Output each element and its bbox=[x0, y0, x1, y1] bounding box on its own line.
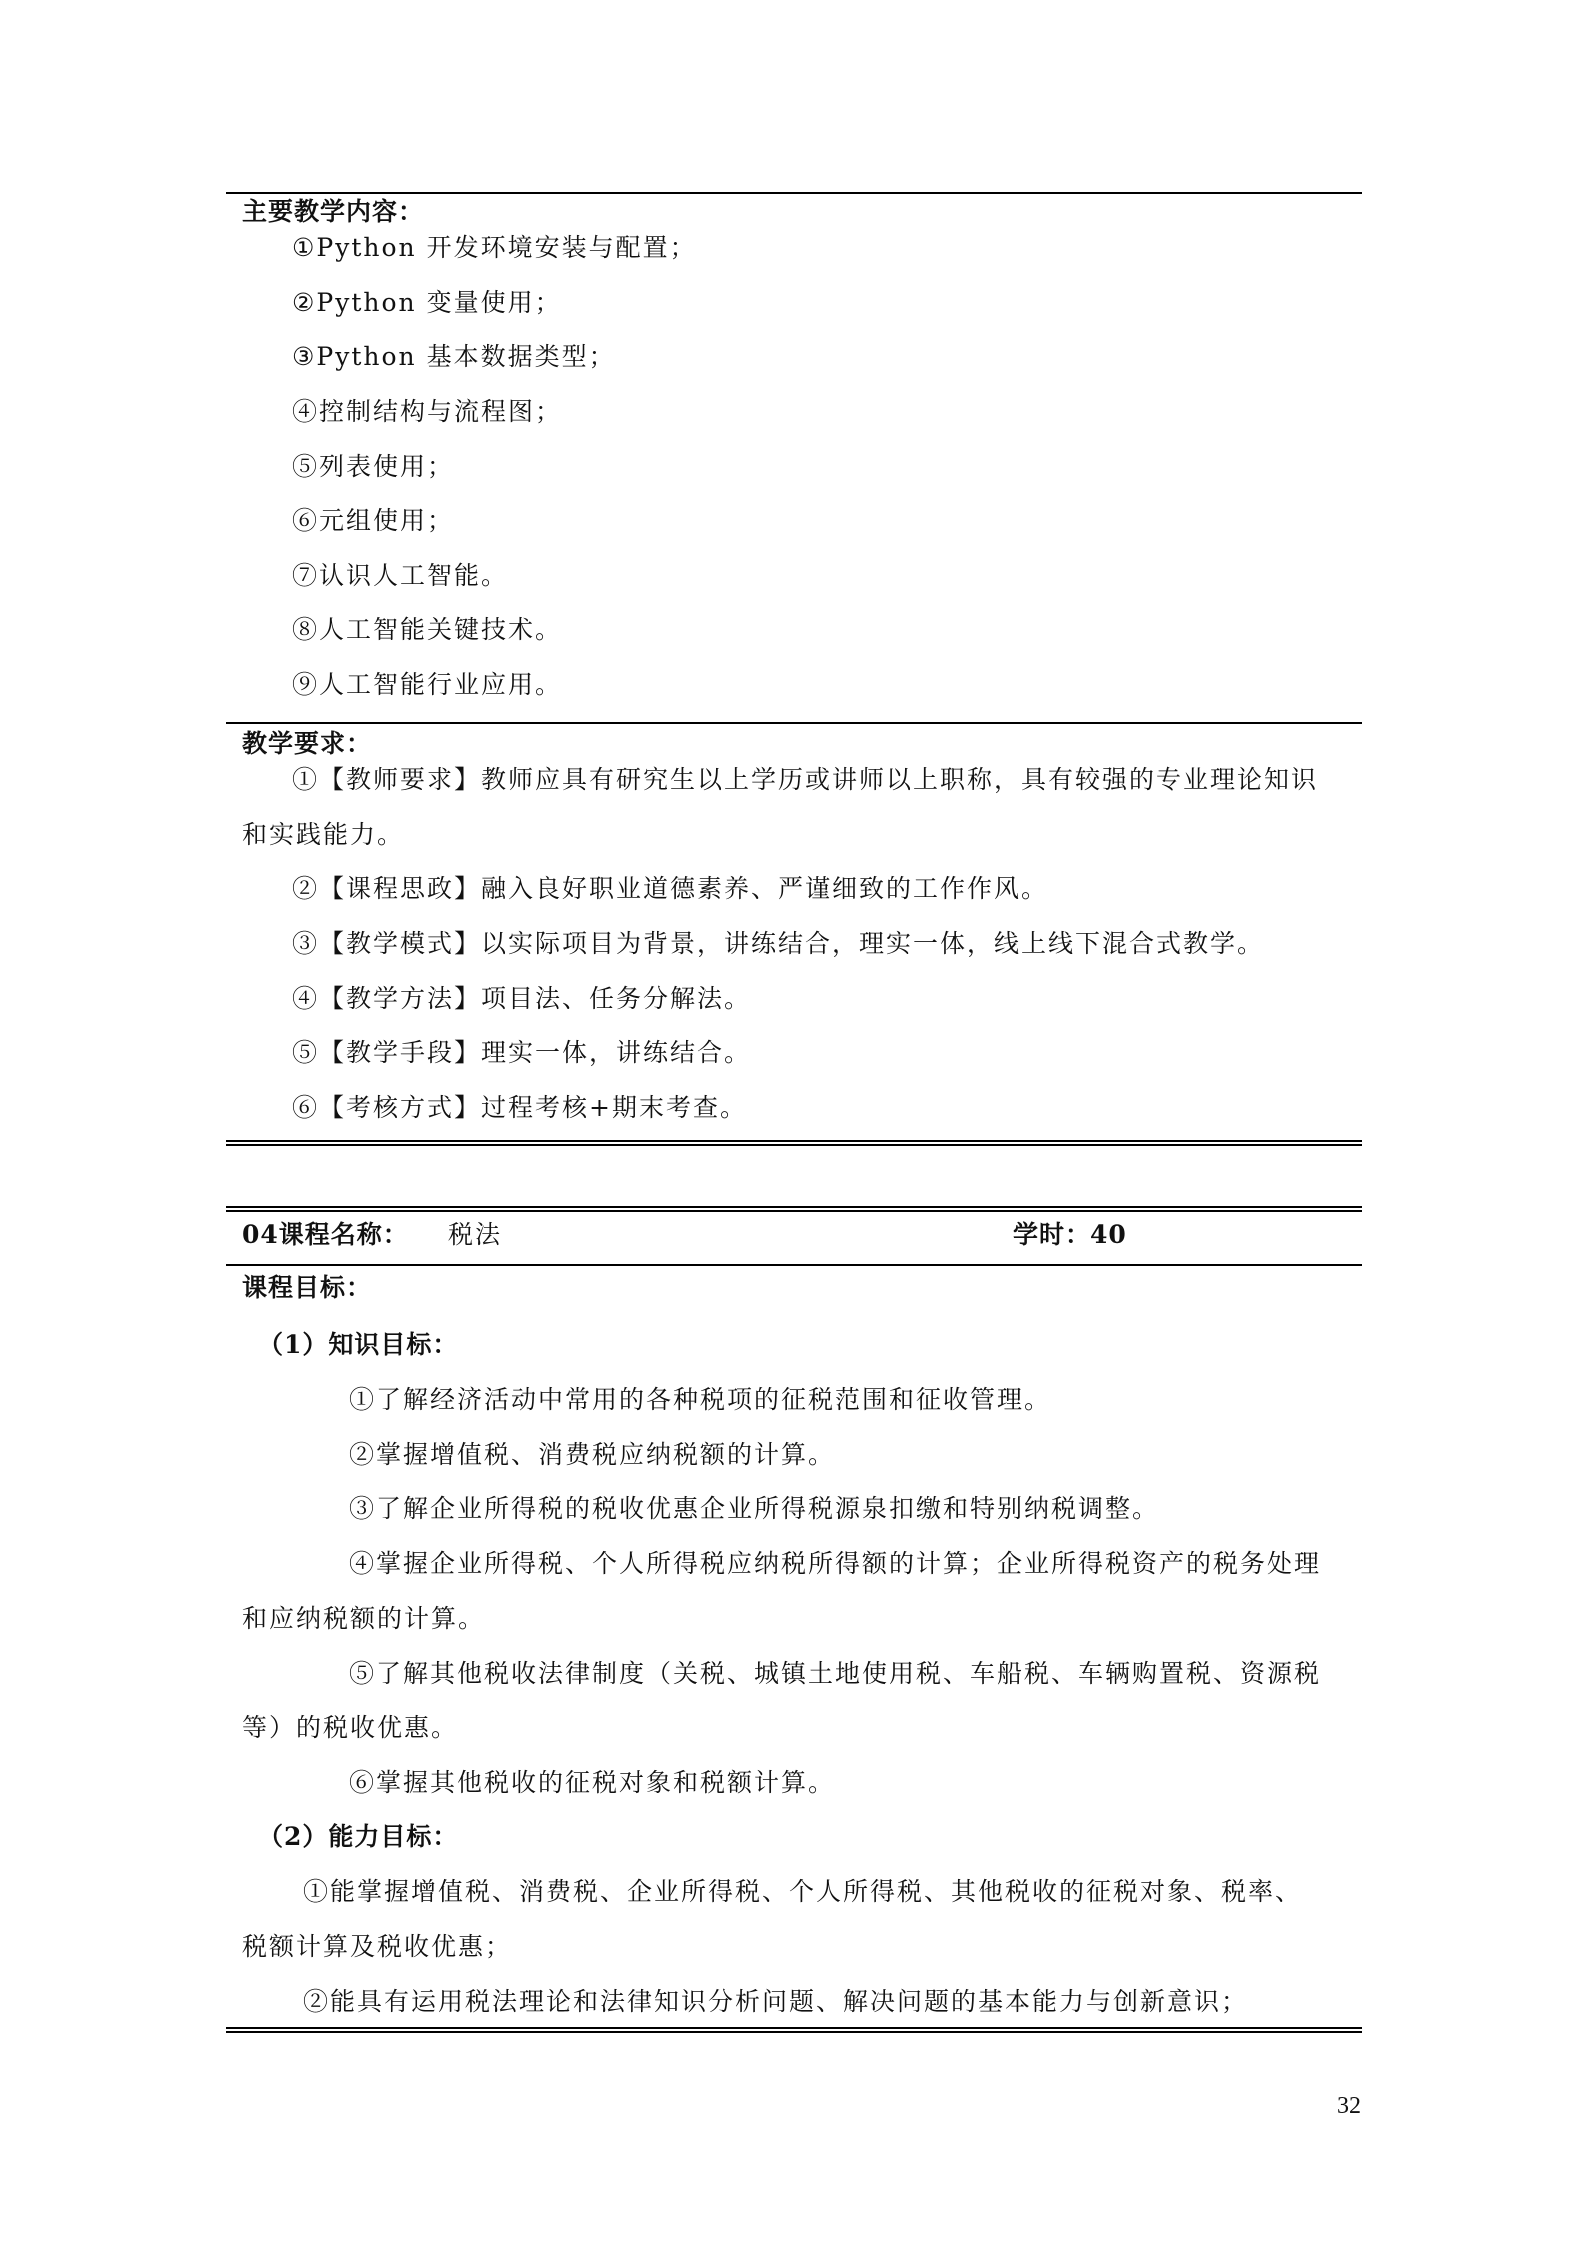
ability-goal-item: ②能具有运用税法理论和法律知识分析问题、解决问题的基本能力与创新意识； bbox=[303, 1987, 1248, 2017]
requirement-item: ⑤【教学手段】理实一体，讲练结合。 bbox=[292, 1038, 751, 1068]
content-item: ①Python 开发环境安装与配置； bbox=[292, 233, 697, 263]
table-rule bbox=[226, 722, 1362, 724]
table-top-rule bbox=[226, 1206, 1362, 1212]
knowledge-goal-item: ②掌握增值税、消费税应纳税额的计算。 bbox=[349, 1440, 835, 1470]
ability-goals-heading: （2）能力目标： bbox=[258, 1822, 458, 1852]
content-item: ⑥元组使用； bbox=[292, 506, 454, 536]
knowledge-goals-heading: （1）知识目标： bbox=[258, 1330, 458, 1360]
course-hours-label: 学时： bbox=[1013, 1220, 1091, 1250]
content-item: ⑧人工智能关键技术。 bbox=[292, 615, 562, 645]
content-item: ②Python 变量使用； bbox=[292, 288, 562, 318]
course-name-label: 04课程名称： bbox=[242, 1220, 409, 1250]
knowledge-goal-item: ①了解经济活动中常用的各种税项的征税范围和征收管理。 bbox=[349, 1385, 1051, 1415]
table-rule bbox=[226, 192, 1362, 194]
requirement-item: ④【教学方法】项目法、任务分解法。 bbox=[292, 984, 751, 1014]
content-item: ④控制结构与流程图； bbox=[292, 397, 562, 427]
goals-heading: 课程目标： bbox=[242, 1273, 372, 1303]
content-item: ⑤列表使用； bbox=[292, 452, 454, 482]
requirement-item: ②【课程思政】融入良好职业道德素养、严谨细致的工作作风。 bbox=[292, 874, 1048, 904]
content-heading: 主要教学内容： bbox=[242, 197, 424, 227]
ability-goal-item-continued: 税额计算及税收优惠； bbox=[242, 1932, 512, 1962]
document-page: 主要教学内容： ①Python 开发环境安装与配置； ②Python 变量使用；… bbox=[0, 0, 1587, 2245]
requirement-item: ⑥【考核方式】过程考核+期末考查。 bbox=[292, 1093, 747, 1123]
course-name-value: 税法 bbox=[448, 1220, 502, 1250]
table-rule bbox=[226, 1264, 1362, 1266]
table-bottom-rule bbox=[226, 2027, 1362, 2033]
content-item: ⑨人工智能行业应用。 bbox=[292, 670, 562, 700]
requirement-item-continued: 和实践能力。 bbox=[242, 820, 404, 850]
knowledge-goal-item: ③了解企业所得税的税收优惠企业所得税源泉扣缴和特别纳税调整。 bbox=[349, 1494, 1159, 1524]
course-hours-value: 40 bbox=[1090, 1220, 1127, 1250]
knowledge-goal-item-continued: 等）的税收优惠。 bbox=[242, 1713, 458, 1743]
page-number: 32 bbox=[1337, 2093, 1361, 2120]
requirement-item: ③【教学模式】以实际项目为背景，讲练结合，理实一体，线上线下混合式教学。 bbox=[292, 929, 1264, 959]
table-bottom-rule bbox=[226, 1140, 1362, 1146]
knowledge-goal-item: ⑤了解其他税收法律制度（关税、城镇土地使用税、车船税、车辆购置税、资源税 bbox=[349, 1659, 1321, 1689]
knowledge-goal-item: ④掌握企业所得税、个人所得税应纳税所得额的计算；企业所得税资产的税务处理 bbox=[349, 1549, 1321, 1579]
knowledge-goal-item: ⑥掌握其他税收的征税对象和税额计算。 bbox=[349, 1768, 835, 1798]
ability-goal-item: ①能掌握增值税、消费税、企业所得税、个人所得税、其他税收的征税对象、税率、 bbox=[303, 1877, 1302, 1907]
requirement-item: ①【教师要求】教师应具有研究生以上学历或讲师以上职称，具有较强的专业理论知识 bbox=[292, 765, 1318, 795]
content-item: ⑦认识人工智能。 bbox=[292, 561, 508, 591]
requirements-heading: 教学要求： bbox=[242, 729, 372, 759]
content-item: ③Python 基本数据类型； bbox=[292, 342, 616, 372]
knowledge-goal-item-continued: 和应纳税额的计算。 bbox=[242, 1604, 485, 1634]
